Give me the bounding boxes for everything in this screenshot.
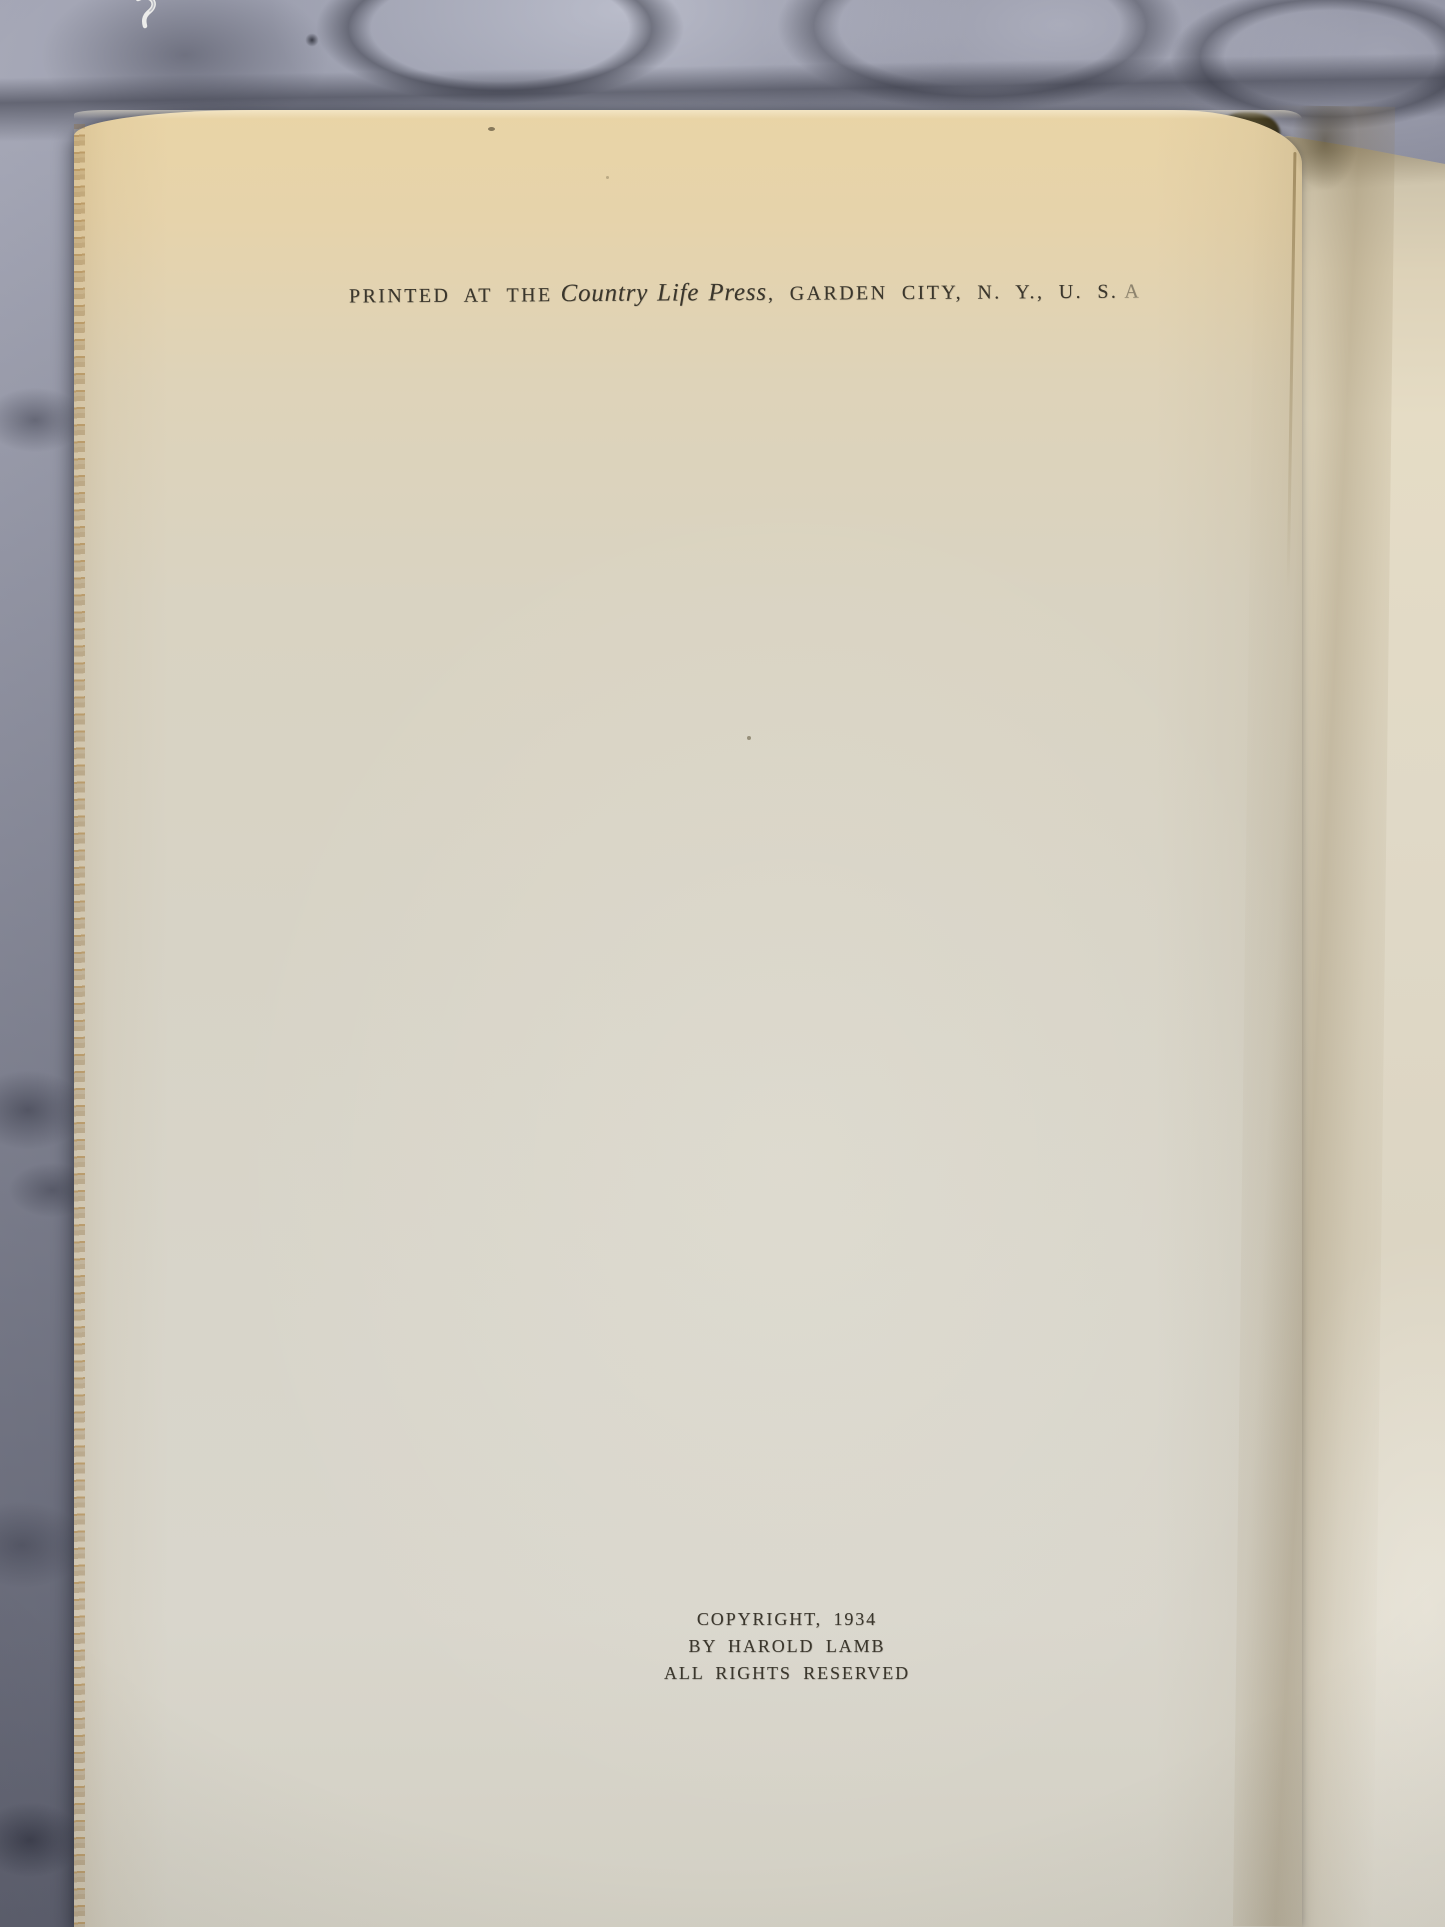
copyright-line: COPYRIGHT, 1934	[664, 1606, 910, 1633]
printer-imprint-line: PRINTED AT THECountry Life Press, GARDEN…	[349, 277, 1141, 310]
book-gutter-shadow	[1233, 105, 1395, 1927]
copyright-line: ALL RIGHTS RESERVED	[664, 1660, 910, 1687]
wall-hook-icon	[130, 0, 166, 30]
page-speck	[747, 736, 751, 740]
book-photo: PRINTED AT THECountry Life Press, GARDEN…	[0, 0, 1445, 1927]
imprint-final-letter: A	[1124, 281, 1141, 303]
imprint-press-name: Country Life Press	[560, 279, 767, 307]
page-deckle-edge	[74, 124, 85, 1927]
imprint-prefix: PRINTED AT THE	[349, 284, 553, 307]
imprint-suffix: , GARDEN CITY, N. Y., U. S.	[768, 281, 1118, 305]
copyright-line: BY HAROLD LAMB	[664, 1633, 910, 1660]
copyright-block: COPYRIGHT, 1934 BY HAROLD LAMB ALL RIGHT…	[664, 1606, 910, 1687]
page-speck	[606, 176, 609, 179]
page-top-edge-notch	[488, 127, 495, 131]
